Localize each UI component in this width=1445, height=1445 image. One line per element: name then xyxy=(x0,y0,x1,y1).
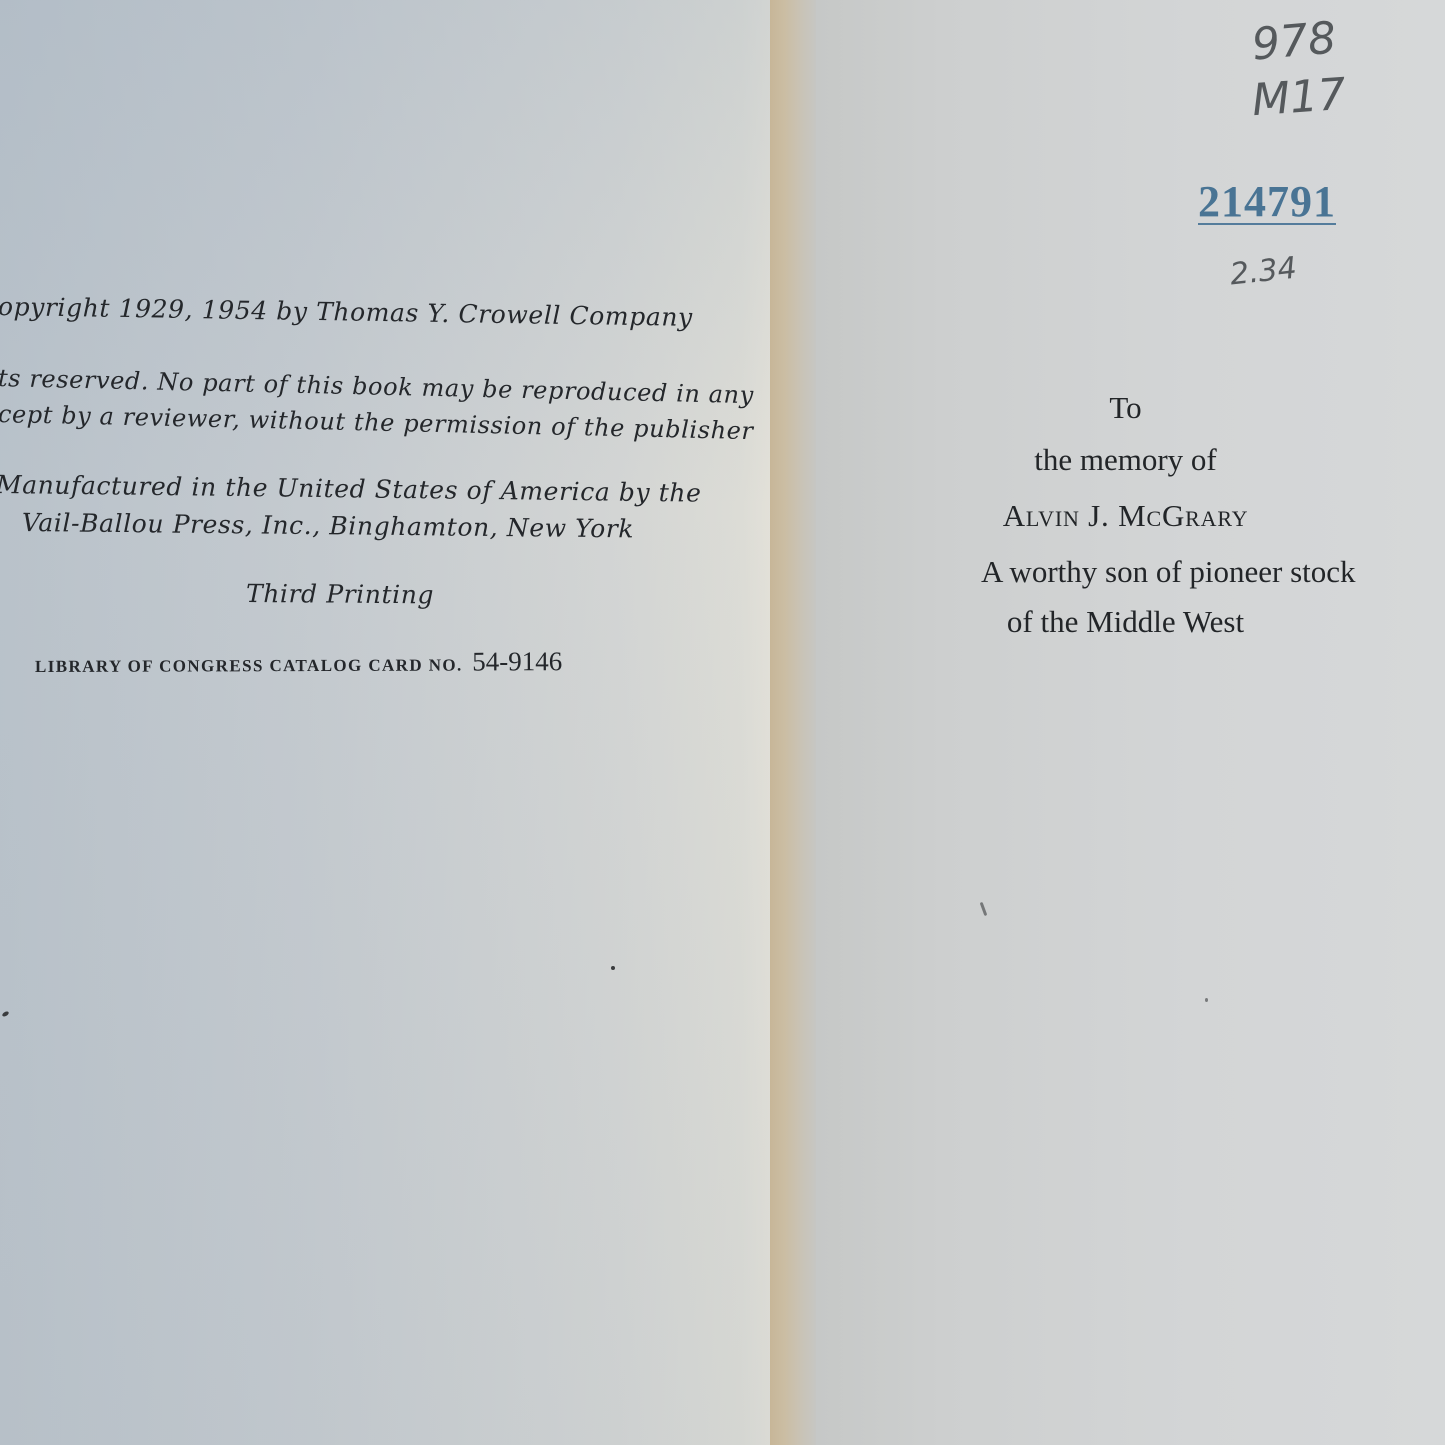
ink-speck xyxy=(1,1011,9,1018)
ink-speck xyxy=(611,966,615,970)
lccn-number: 54-9146 xyxy=(472,646,562,676)
copyright-line: opyright 1929, 1954 by Thomas Y. Crowell… xyxy=(0,292,693,332)
rights-reserved-line-2: cept by a reviewer, without the permissi… xyxy=(0,400,754,445)
dedication-description-2: of the Middle West xyxy=(811,604,1440,640)
lccn-line: LIBRARY OF CONGRESS CATALOG CARD NO. 54-… xyxy=(35,646,562,679)
copyright-page: opyright 1929, 1954 by Thomas Y. Crowell… xyxy=(0,0,772,1445)
manufactured-line-1: Manufactured in the United States of Ame… xyxy=(0,470,702,508)
dedication-memory: the memory of xyxy=(811,442,1440,478)
open-book-spread: opyright 1929, 1954 by Thomas Y. Crowell… xyxy=(0,0,1445,1445)
dedication-to: To xyxy=(811,390,1440,426)
printing-line: Third Printing xyxy=(246,579,434,609)
dedication-description-1: A worthy son of pioneer stock xyxy=(793,554,1445,590)
dedication-page: 978 M17 214791 2.34 To the memory of Alv… xyxy=(816,0,1445,1445)
handwritten-call-number-2: M17 xyxy=(1250,69,1347,126)
paper-speck xyxy=(1205,998,1208,1002)
handwritten-price: 2.34 xyxy=(1228,251,1298,293)
book-gutter xyxy=(770,0,818,1445)
paper-speck xyxy=(980,902,988,916)
accession-number-stamp: 214791 xyxy=(1198,182,1336,225)
dedication-name: Alvin J. McGrary xyxy=(811,498,1440,534)
handwritten-call-number-1: 978 xyxy=(1250,12,1338,70)
lccn-label: LIBRARY OF CONGRESS CATALOG CARD NO. xyxy=(35,656,463,676)
manufactured-line-2: Vail-Ballou Press, Inc., Binghamton, New… xyxy=(22,508,634,543)
